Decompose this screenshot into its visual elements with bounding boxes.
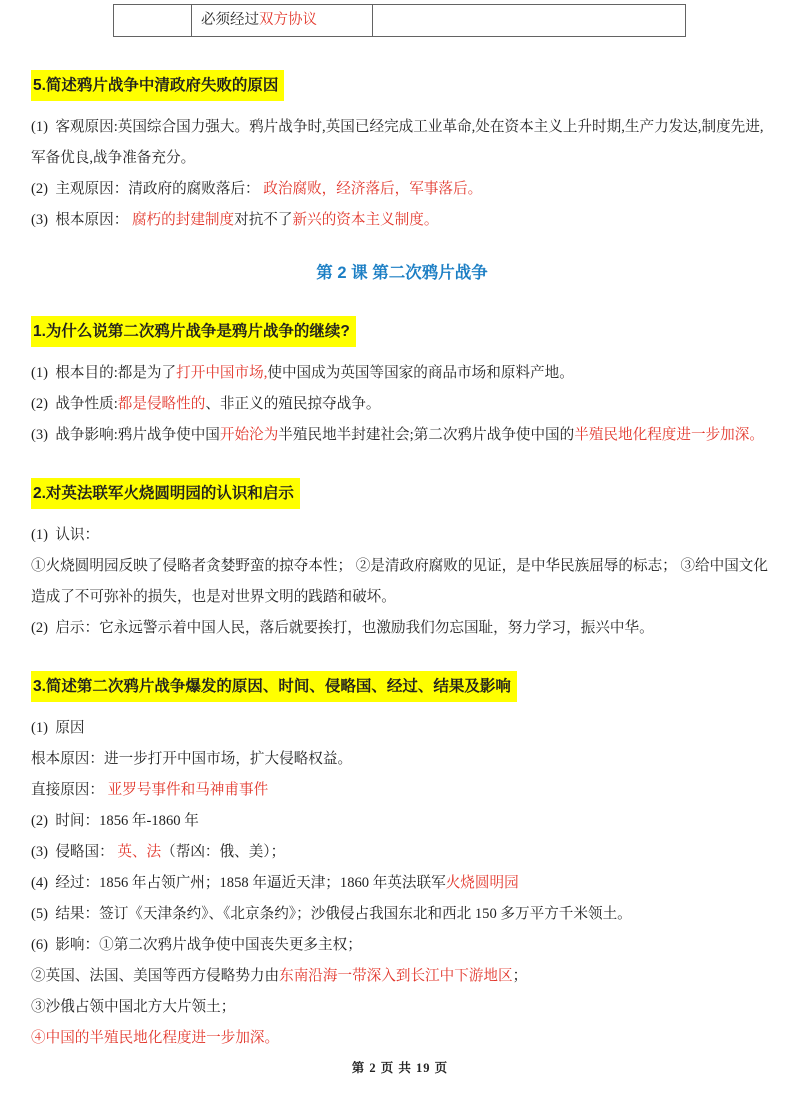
- text-segment: (1) 原因: [31, 720, 85, 736]
- text-segment: ①火烧圆明园反映了侵略者贪婪野蛮的掠夺本性； ②是清政府腐败的见证，是中华民族屈…: [31, 558, 768, 605]
- text-segment: 半殖民地半封建社会;第二次鸦片战争使中国的: [278, 427, 574, 443]
- text-segment: (1) 客观原因:英国综合国力强大。鸦片战争时,英国已经完成工业革命,处在资本主…: [31, 119, 764, 166]
- paragraph: (6) 影响：①第二次鸦片战争使中国丧失更多主权；: [31, 930, 773, 961]
- text-segment: ④中国的半殖民地化程度进一步加深。: [31, 1030, 279, 1046]
- text-segment: 必须经过: [201, 12, 259, 28]
- text-segment: 东南沿海一带深入到长江中下游地区: [279, 968, 513, 984]
- text-segment: 使中国成为英国等国家的商品市场和原料产地。: [267, 365, 573, 381]
- paragraph: ①火烧圆明园反映了侵略者贪婪野蛮的掠夺本性； ②是清政府腐败的见证，是中华民族屈…: [31, 551, 773, 613]
- text-segment: 新兴的资本主义制度。: [293, 212, 439, 228]
- paragraph: (5) 结果：签订《天津条约》、《北京条约》；沙俄侵占我国东北和西北 150 多…: [31, 899, 773, 930]
- document-blocks: 5.简述鸦片战争中清政府失败的原因(1) 客观原因:英国综合国力强大。鸦片战争时…: [31, 57, 773, 1054]
- text-segment: ③沙俄占领中国北方大片领土；: [31, 999, 235, 1015]
- paragraph: ④中国的半殖民地化程度进一步加深。: [31, 1023, 773, 1054]
- text-segment: （帮凶：俄、美）；: [161, 844, 285, 860]
- text-segment: 半殖民地化程度进一步加深。: [574, 427, 764, 443]
- text-segment: 腐朽的封建制度: [132, 212, 234, 228]
- text-segment: (2) 时间：1856 年-1860 年: [31, 813, 199, 829]
- text-segment: 政治腐败，经济落后，军事落后。: [263, 181, 482, 197]
- table-cell-empty-left: [114, 5, 192, 36]
- text-segment: 亚罗号事件和马神甫事件: [108, 782, 269, 798]
- text-segment: (3) 根本原因：: [31, 212, 132, 228]
- document-page: 必须经过双方协议 5.简述鸦片战争中清政府失败的原因(1) 客观原因:英国综合国…: [0, 0, 800, 1096]
- text-segment: (1) 根本目的:都是为了: [31, 365, 176, 381]
- text-segment: (2) 启示：它永远警示着中国人民，落后就要挨打，也激励我们勿忘国耻，努力学习，…: [31, 620, 654, 636]
- table-cell-empty-right: [373, 5, 685, 36]
- text-segment: ；: [513, 968, 528, 984]
- paragraph: (3) 侵略国： 英、法（帮凶：俄、美）；: [31, 837, 773, 868]
- paragraph: (3) 战争影响:鸦片战争使中国开始沦为半殖民地半封建社会;第二次鸦片战争使中国…: [31, 420, 773, 451]
- highlighted-heading-text: 1.为什么说第二次鸦片战争是鸦片战争的继续?: [31, 316, 356, 347]
- text-segment: (3) 战争影响:鸦片战争使中国: [31, 427, 220, 443]
- text-segment: (2) 主观原因：清政府的腐败落后：: [31, 181, 263, 197]
- paragraph: (2) 时间：1856 年-1860 年: [31, 806, 773, 837]
- text-segment: 3.简述第二次鸦片战争爆发的原因、时间、侵略国、经过、结果及影响: [33, 678, 511, 695]
- highlighted-heading-text: 3.简述第二次鸦片战争爆发的原因、时间、侵略国、经过、结果及影响: [31, 671, 517, 702]
- question-heading: 2.对英法联军火烧圆明园的认识和启示: [31, 478, 773, 509]
- page-number-footer: 第 2 页 共 19 页: [0, 1058, 800, 1076]
- table-cell-text: 必须经过双方协议: [192, 5, 373, 36]
- question-heading: 3.简述第二次鸦片战争爆发的原因、时间、侵略国、经过、结果及影响: [31, 671, 773, 702]
- text-segment: (6) 影响：①第二次鸦片战争使中国丧失更多主权；: [31, 937, 362, 953]
- question-heading: 5.简述鸦片战争中清政府失败的原因: [31, 70, 773, 101]
- text-segment: (5) 结果：签订《天津条约》、《北京条约》；沙俄侵占我国东北和西北 150 多…: [31, 906, 632, 922]
- text-segment: 第 2 课 第二次鸦片战争: [316, 264, 487, 282]
- text-segment: 双方协议: [259, 12, 317, 28]
- paragraph: (4) 经过：1856 年占领广州；1858 年逼近天津；1860 年英法联军火…: [31, 868, 773, 899]
- text-segment: 开始沦为: [220, 427, 278, 443]
- paragraph: ②英国、法国、美国等西方侵略势力由东南沿海一带深入到长江中下游地区；: [31, 961, 773, 992]
- paragraph: 根本原因：进一步打开中国市场，扩大侵略权益。: [31, 744, 773, 775]
- text-segment: (4) 经过：1856 年占领广州；1858 年逼近天津；1860 年英法联军: [31, 875, 446, 891]
- text-segment: 打开中国市场,: [176, 365, 267, 381]
- paragraph: (1) 根本目的:都是为了打开中国市场,使中国成为英国等国家的商品市场和原料产地…: [31, 358, 773, 389]
- text-segment: 根本原因：进一步打开中国市场，扩大侵略权益。: [31, 751, 352, 767]
- highlighted-heading-text: 5.简述鸦片战争中清政府失败的原因: [31, 70, 284, 101]
- highlighted-heading-text: 2.对英法联军火烧圆明园的认识和启示: [31, 478, 300, 509]
- text-segment: 2.对英法联军火烧圆明园的认识和启示: [33, 485, 294, 502]
- paragraph: (2) 战争性质:都是侵略性的、非正义的殖民掠夺战争。: [31, 389, 773, 420]
- text-segment: 对抗不了: [234, 212, 292, 228]
- question-heading: 1.为什么说第二次鸦片战争是鸦片战争的继续?: [31, 316, 773, 347]
- table-fragment: 必须经过双方协议: [113, 4, 686, 37]
- text-segment: (2) 战争性质:: [31, 396, 118, 412]
- paragraph: (1) 原因: [31, 713, 773, 744]
- paragraph: (2) 启示：它永远警示着中国人民，落后就要挨打，也激励我们勿忘国耻，努力学习，…: [31, 613, 773, 644]
- text-segment: (1) 认识：: [31, 527, 99, 543]
- paragraph: ③沙俄占领中国北方大片领土；: [31, 992, 773, 1023]
- paragraph: (2) 主观原因：清政府的腐败落后： 政治腐败，经济落后，军事落后。: [31, 174, 773, 205]
- text-segment: 、非正义的殖民掠夺战争。: [205, 396, 380, 412]
- text-segment: 英、法: [117, 844, 161, 860]
- text-segment: 1.为什么说第二次鸦片战争是鸦片战争的继续?: [33, 323, 350, 340]
- paragraph: 直接原因： 亚罗号事件和马神甫事件: [31, 775, 773, 806]
- text-segment: 都是侵略性的: [118, 396, 206, 412]
- text-segment: ②英国、法国、美国等西方侵略势力由: [31, 968, 279, 984]
- paragraph: (1) 认识：: [31, 520, 773, 551]
- chapter-heading: 第 2 课 第二次鸦片战争: [31, 258, 773, 289]
- text-segment: 5.简述鸦片战争中清政府失败的原因: [33, 77, 278, 94]
- text-segment: 直接原因：: [31, 782, 108, 798]
- paragraph: (1) 客观原因:英国综合国力强大。鸦片战争时,英国已经完成工业革命,处在资本主…: [31, 112, 773, 174]
- paragraph: (3) 根本原因： 腐朽的封建制度对抗不了新兴的资本主义制度。: [31, 205, 773, 236]
- text-segment: 火烧圆明园: [446, 875, 519, 891]
- text-segment: (3) 侵略国：: [31, 844, 117, 860]
